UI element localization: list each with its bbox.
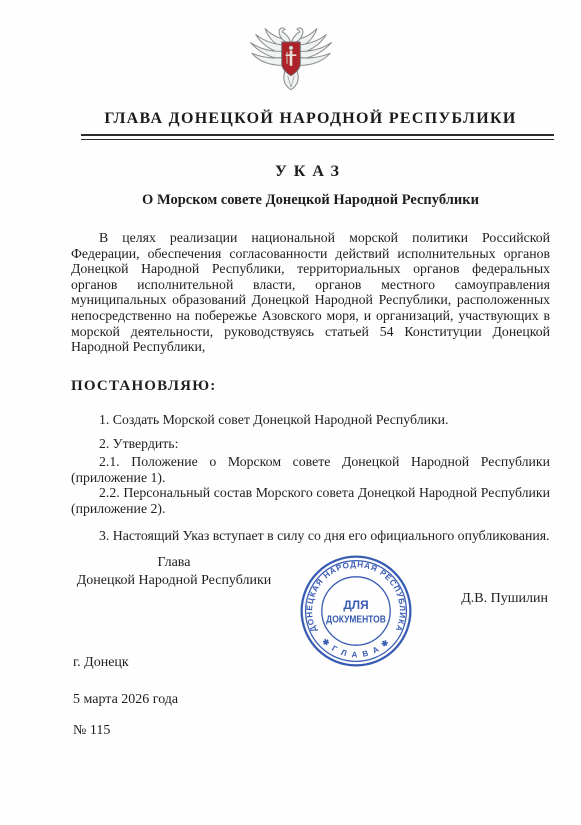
decree-document-page: ГЛАВА ДОНЕЦКОЙ НАРОДНОЙ РЕСПУБЛИКИ УКАЗ … [0, 0, 581, 825]
decree-item-2-1: 2.1. Положение о Морском совете Донецкой… [71, 454, 550, 485]
resolution-heading: ПОСТАНОВЛЯЮ: [71, 378, 550, 395]
stamp-center-line2: ДОКУМЕНТОВ [326, 613, 386, 625]
stamp-ring-bottom-text: ✱ Г Л А В А ✱ [320, 637, 392, 660]
document-subject: О Морском совете Донецкой Народной Респу… [71, 192, 550, 209]
footer-place: г. Донецк [73, 655, 129, 671]
decree-item-2: 2. Утвердить: [71, 436, 550, 452]
official-stamp: ДОНЕЦКАЯ НАРОДНАЯ РЕСПУБЛИКА ✱ Г Л А В А… [299, 554, 413, 668]
decree-item-3: 3. Настоящий Указ вступает в силу со дня… [71, 528, 550, 544]
signature-name: Д.В. Пушилин [461, 591, 548, 607]
letterhead-emblem [0, 24, 581, 102]
stamp-center-line1: ДЛЯ [343, 598, 368, 612]
decree-item-1: 1. Создать Морской совет Донецкой Народн… [71, 412, 550, 428]
footer-date: 5 марта 2026 года [73, 692, 178, 708]
footer-document-number: № 115 [73, 723, 110, 739]
decree-item-2-2: 2.2. Персональный состав Морского совета… [71, 485, 550, 516]
letterhead-double-rule [81, 134, 554, 140]
document-type-title: УКАЗ [71, 163, 550, 181]
signature-post-line2: Донецкой Народной Республики [71, 572, 277, 590]
svg-text:✱ Г Л А В А ✱: ✱ Г Л А В А ✱ [320, 637, 392, 660]
signature-post: Глава Донецкой Народной Республики [71, 554, 277, 590]
coat-of-arms-icon [241, 24, 341, 97]
preamble-paragraph: В целях реализации национальной морской … [71, 230, 550, 355]
official-stamp-icon: ДОНЕЦКАЯ НАРОДНАЯ РЕСПУБЛИКА ✱ Г Л А В А… [299, 554, 413, 668]
letterhead-authority-title: ГЛАВА ДОНЕЦКОЙ НАРОДНОЙ РЕСПУБЛИКИ [71, 110, 550, 128]
signature-post-line1: Глава [71, 554, 277, 572]
signature-and-footer-block: Глава Донецкой Народной Республики Д.В. … [71, 554, 550, 769]
